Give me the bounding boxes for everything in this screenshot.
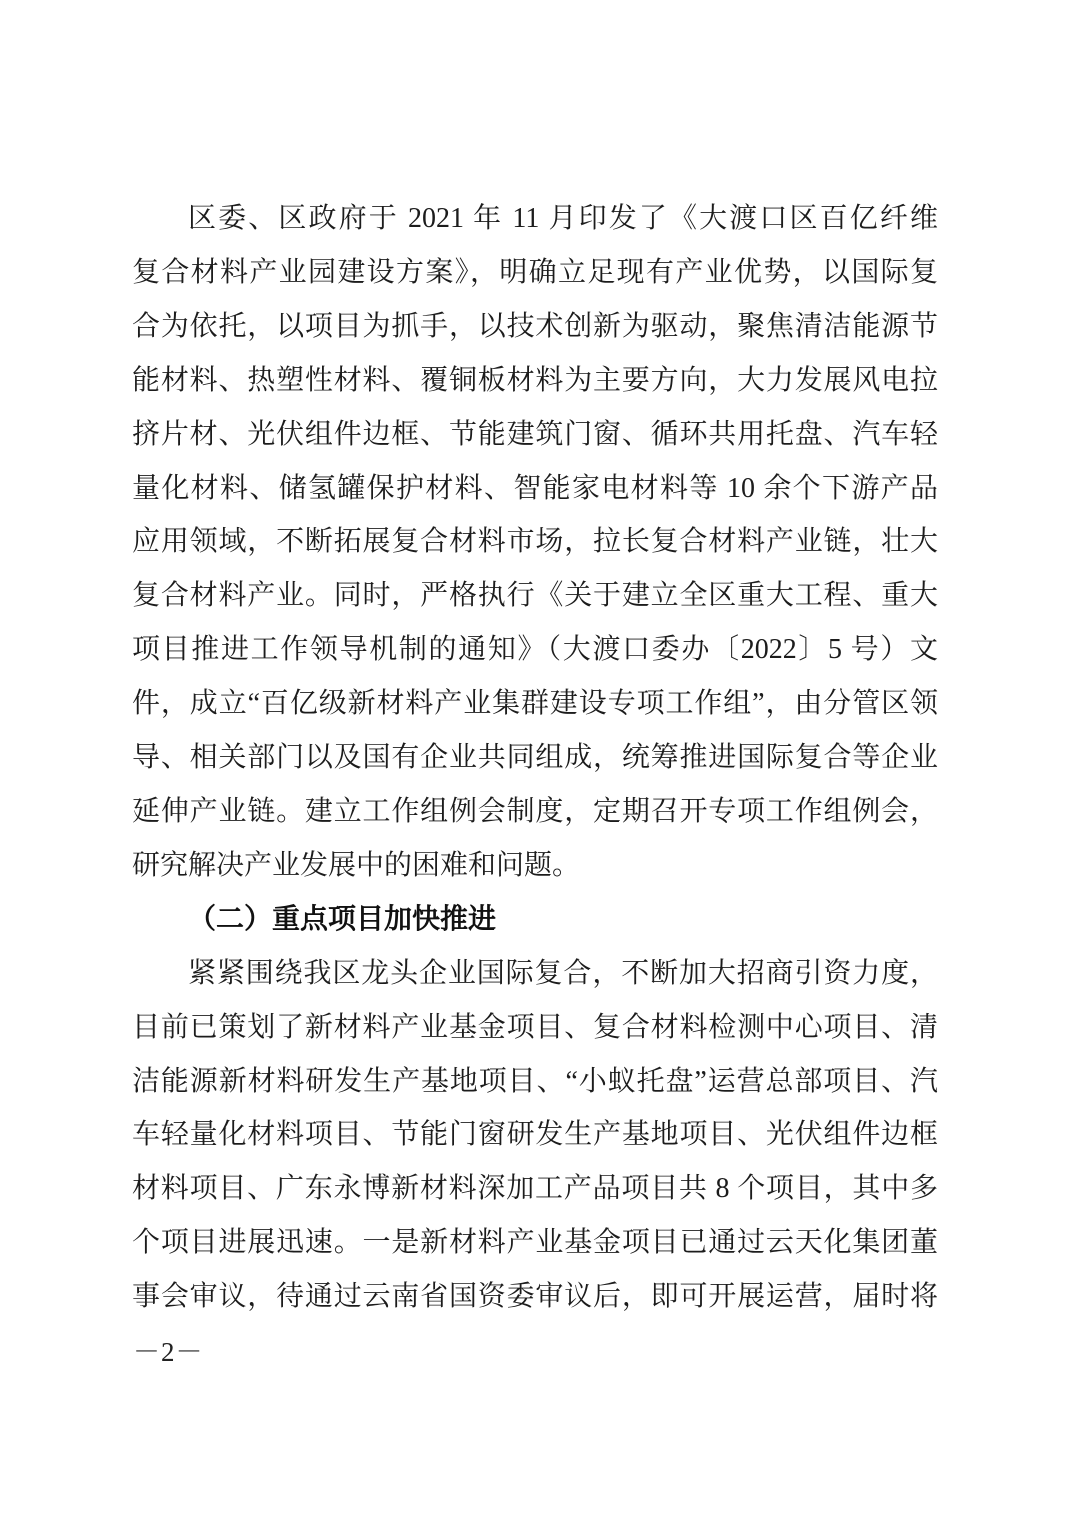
text-line: 导、相关部门以及国有企业共同组成，统筹推进国际复合等企业	[132, 731, 938, 785]
text-line: 复合材料产业。同时，严格执行《关于建立全区重大工程、重大	[132, 569, 938, 623]
text-line: 区委、区政府于 2021 年 11 月印发了《大渡口区百亿纤维	[132, 192, 938, 246]
text-line: 应用领域，不断拓展复合材料市场，拉长复合材料产业链，壮大	[132, 515, 938, 569]
text-line: 件，成立“百亿级新材料产业集群建设专项工作组”，由分管区领	[132, 677, 938, 731]
text-line: 车轻量化材料项目、节能门窗研发生产基地项目、光伏组件边框	[132, 1108, 938, 1162]
text-line: 材料项目、广东永博新材料深加工产品项目共 8 个项目，其中多	[132, 1162, 938, 1216]
text-line: 目前已策划了新材料产业基金项目、复合材料检测中心项目、清	[132, 1001, 938, 1055]
document-body: 区委、区政府于 2021 年 11 月印发了《大渡口区百亿纤维复合材料产业园建设…	[132, 192, 938, 1324]
text-line: 延伸产业链。建立工作组例会制度，定期召开专项工作组例会，	[132, 785, 938, 839]
text-line: 挤片材、光伏组件边框、节能建筑门窗、循环共用托盘、汽车轻	[132, 408, 938, 462]
text-line: 洁能源新材料研发生产基地项目、“小蚁托盘”运营总部项目、汽	[132, 1055, 938, 1109]
text-line: 个项目进展迅速。一是新材料产业基金项目已通过云天化集团董	[132, 1216, 938, 1270]
text-line: 事会审议，待通过云南省国资委审议后，即可开展运营，届时将	[132, 1270, 938, 1324]
document-page: 区委、区政府于 2021 年 11 月印发了《大渡口区百亿纤维复合材料产业园建设…	[0, 0, 1074, 1520]
text-line: 量化材料、储氢罐保护材料、智能家电材料等 10 余个下游产品	[132, 462, 938, 516]
section-heading: （二）重点项目加快推进	[132, 893, 938, 947]
page-number: －2－	[133, 1330, 204, 1369]
text-line: 研究解决产业发展中的困难和问题。	[132, 839, 938, 893]
text-line: 合为依托，以项目为抓手，以技术创新为驱动，聚焦清洁能源节	[132, 300, 938, 354]
text-line: 项目推进工作领导机制的通知》（大渡口委办〔2022〕5 号）文	[132, 623, 938, 677]
text-line: 能材料、热塑性材料、覆铜板材料为主要方向，大力发展风电拉	[132, 354, 938, 408]
text-line: 复合材料产业园建设方案》，明确立足现有产业优势，以国际复	[132, 246, 938, 300]
text-line: 紧紧围绕我区龙头企业国际复合，不断加大招商引资力度，	[132, 947, 938, 1001]
